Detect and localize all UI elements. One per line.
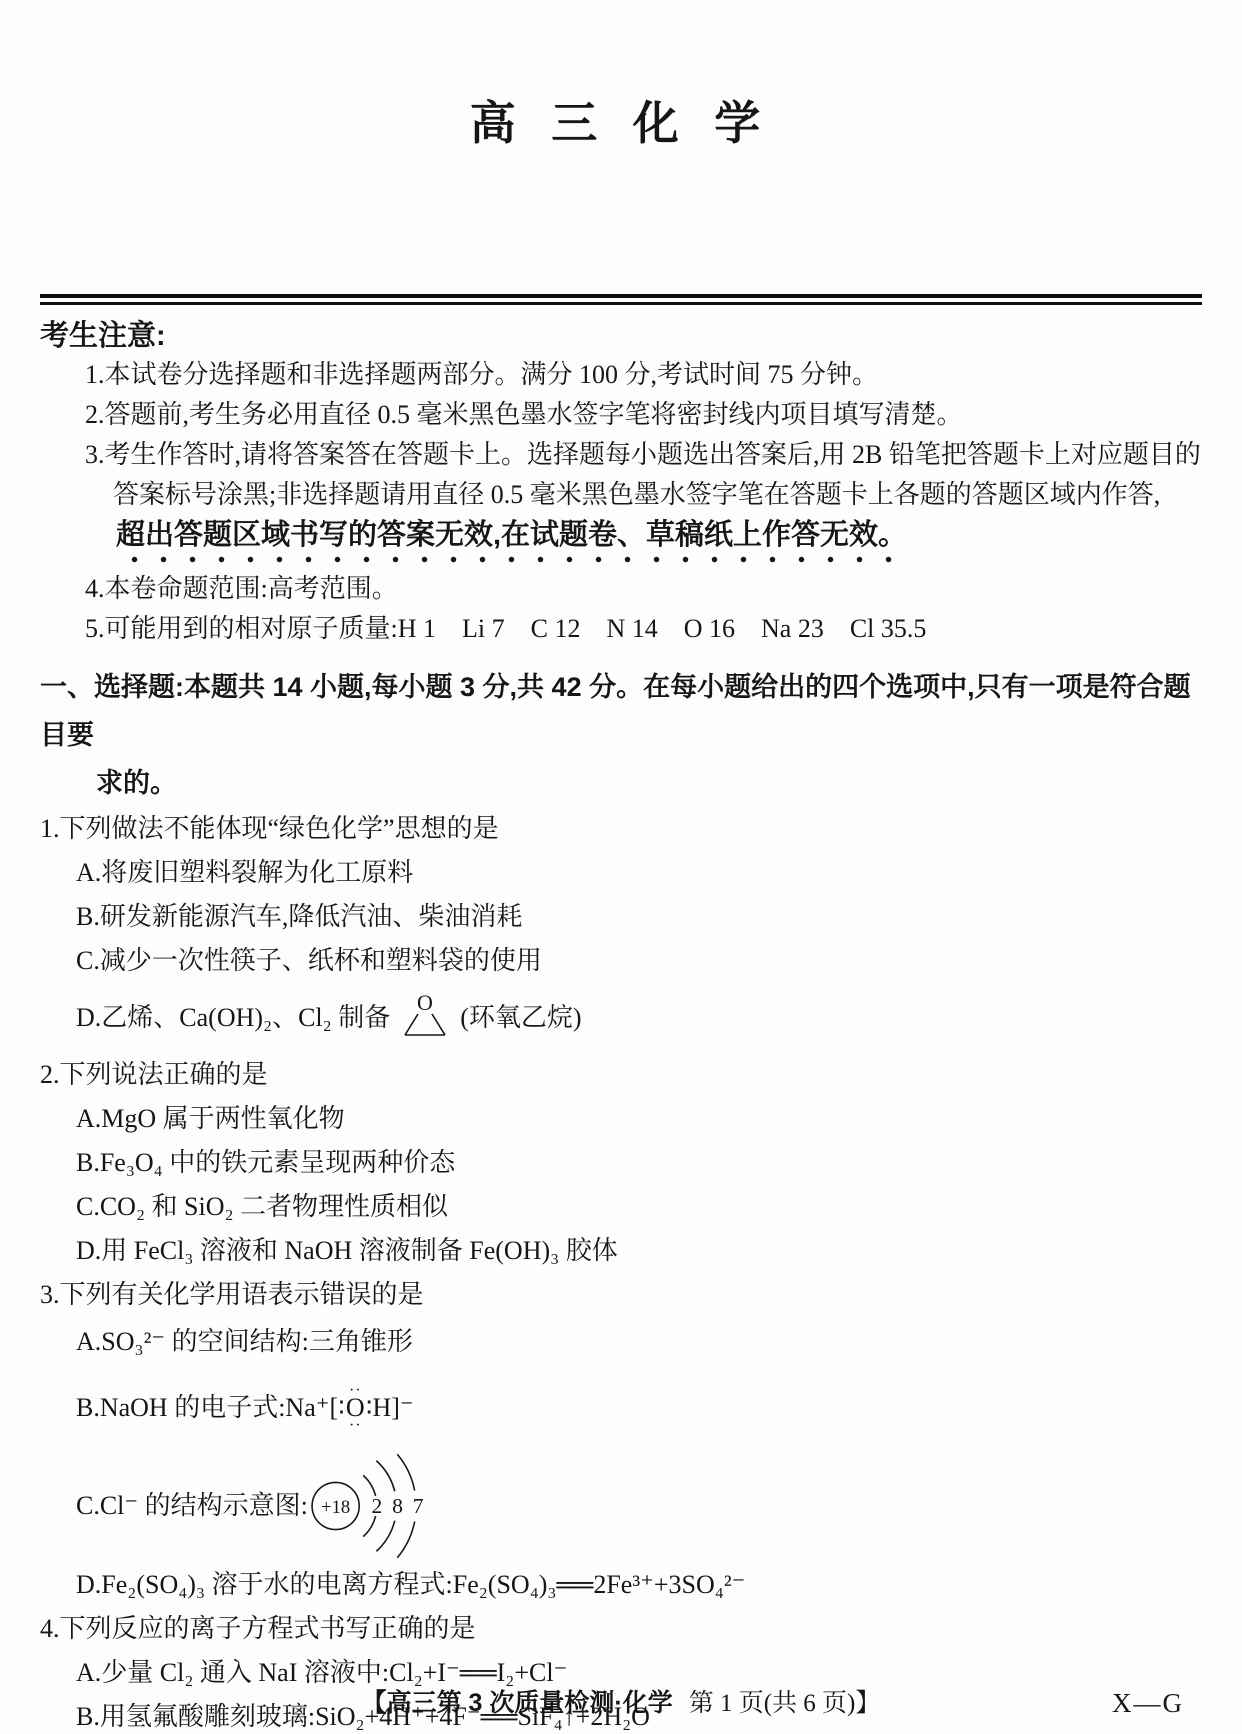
question-2-option-b: B.Fe₃O₄ 中的铁元素呈现两种价态 [76, 1141, 1202, 1185]
section-1-header-line2: 求的。 [96, 759, 1202, 807]
lone-pair-dots-bottom: ·· [349, 1421, 362, 1430]
question-1-option-b: B.研发新能源汽车,降低汽油、柴油消耗 [76, 895, 1202, 939]
electron-formula-pre: B.NaOH 的电子式:Na⁺[∶ [76, 1392, 345, 1424]
question-1-option-c: C.减少一次性筷子、纸杯和塑料袋的使用 [76, 939, 1202, 983]
epoxide-ring-diagram: O [398, 994, 452, 1042]
question-2-option-c: C.CO₂ 和 SiO₂ 二者物理性质相似 [76, 1185, 1202, 1229]
atomic-structure-diagram: +18 2 8 7 [308, 1452, 432, 1560]
electron-dot-oxygen: ·· O ·· [346, 1386, 365, 1430]
question-3-option-c: C.Cl⁻ 的结构示意图: +18 2 8 7 [76, 1449, 1202, 1563]
footer-exam-title: 【高三第 3 次质量检测·化学 [362, 1689, 673, 1717]
question-2-option-a: A.MgO 属于两性氧化物 [76, 1097, 1202, 1141]
question-1-stem: 1.下列做法不能体现“绿色化学”思想的是 [40, 807, 1202, 851]
notice-item-4: 4.本卷命题范围:高考范围。 [85, 569, 1202, 609]
header-divider [40, 294, 1202, 305]
option-d-text-pre: D.乙烯、Ca(OH)₂、Cl₂ 制备 [76, 1002, 390, 1034]
question-3: 3.下列有关化学用语表示错误的是 A.SO₃²⁻ 的空间结构:三角锥形 B.Na… [40, 1273, 1202, 1607]
question-3-option-d: D.Fe₂(SO₄)₃ 溶于水的电离方程式:Fe₂(SO₄)₃══2Fe³⁺+3… [76, 1563, 1202, 1607]
section-1-header: 一、选择题:本题共 14 小题,每小题 3 分,共 42 分。在每小题给出的四个… [40, 663, 1202, 807]
footer-center: 【高三第 3 次质量检测·化学第 1 页(共 6 页)】 [0, 1682, 1242, 1725]
emphasized-text: 超出答题区域书写的答案无效,在试题卷、草稿纸上作答无效。 [116, 519, 907, 563]
atomic-structure-pre: C.Cl⁻ 的结构示意图: [76, 1490, 308, 1522]
shell-3-electron-count: 7 [413, 1494, 424, 1518]
electron-formula-suffix: ∶H]⁻ [366, 1392, 414, 1424]
question-1-option-d: D.乙烯、Ca(OH)₂、Cl₂ 制备 O (环氧乙烷) [76, 983, 1202, 1053]
notice-item-3-line2: 答案标号涂黑;非选择题请用直径 0.5 毫米黑色墨水签字笔在答题卡上各题的答题区… [113, 475, 1202, 515]
question-1: 1.下列做法不能体现“绿色化学”思想的是 A.将废旧塑料裂解为化工原料 B.研发… [40, 807, 1202, 1053]
question-2-option-d: D.用 FeCl₃ 溶液和 NaOH 溶液制备 Fe(OH)₃ 胶体 [76, 1229, 1202, 1273]
epoxide-oxygen-label: O [417, 994, 433, 1015]
option-d-text-post: (环氧乙烷) [460, 1002, 581, 1034]
notice-item-2: 2.答题前,考生务必用直径 0.5 毫米黑色墨水签字笔将密封线内项目填写清楚。 [85, 395, 1202, 435]
question-list: 1.下列做法不能体现“绿色化学”思想的是 A.将废旧塑料裂解为化工原料 B.研发… [40, 807, 1202, 1734]
question-3-option-a: A.SO₃²⁻ 的空间结构:三角锥形 [76, 1317, 1202, 1367]
question-2-stem: 2.下列说法正确的是 [40, 1053, 1202, 1097]
question-2: 2.下列说法正确的是 A.MgO 属于两性氧化物 B.Fe₃O₄ 中的铁元素呈现… [40, 1053, 1202, 1273]
nucleus-charge-label: +18 [321, 1497, 350, 1518]
footer-page-number: 第 1 页(共 6 页)】 [689, 1690, 881, 1717]
page-title: 高 三 化 学 [40, 92, 1202, 156]
section-1-header-line1: 一、选择题:本题共 14 小题,每小题 3 分,共 42 分。在每小题给出的四个… [40, 663, 1202, 759]
shell-2-electron-count: 8 [392, 1494, 403, 1518]
notice-item-1: 1.本试卷分选择题和非选择题两部分。满分 100 分,考试时间 75 分钟。 [85, 355, 1202, 395]
question-1-option-a: A.将废旧塑料裂解为化工原料 [76, 851, 1202, 895]
notice-item-3-emphasized: 超出答题区域书写的答案无效,在试题卷、草稿纸上作答无效。 [116, 515, 1202, 569]
page-footer: 【高三第 3 次质量检测·化学第 1 页(共 6 页)】 X—G [0, 1682, 1242, 1724]
question-3-stem: 3.下列有关化学用语表示错误的是 [40, 1273, 1202, 1317]
notice-item-3-line1: 3.考生作答时,请将答案答在答题卡上。选择题每小题选出答案后,用 2B 铅笔把答… [85, 435, 1202, 475]
shell-1-electron-count: 2 [371, 1494, 382, 1518]
footer-paper-code: X—G [1112, 1682, 1184, 1724]
notice-list: 1.本试卷分选择题和非选择题两部分。满分 100 分,考试时间 75 分钟。 2… [40, 355, 1202, 649]
notice-heading: 考生注意: [40, 317, 1202, 355]
exam-paper-page: 高 三 化 学 考生注意: 1.本试卷分选择题和非选择题两部分。满分 100 分… [0, 0, 1242, 1734]
question-4-stem: 4.下列反应的离子方程式书写正确的是 [40, 1607, 1202, 1651]
notice-item-5: 5.可能用到的相对原子质量:H 1 Li 7 C 12 N 14 O 16 Na… [85, 609, 1202, 649]
question-3-option-b: B.NaOH 的电子式:Na⁺[∶ ·· O ·· ∶H]⁻ [76, 1367, 1202, 1449]
